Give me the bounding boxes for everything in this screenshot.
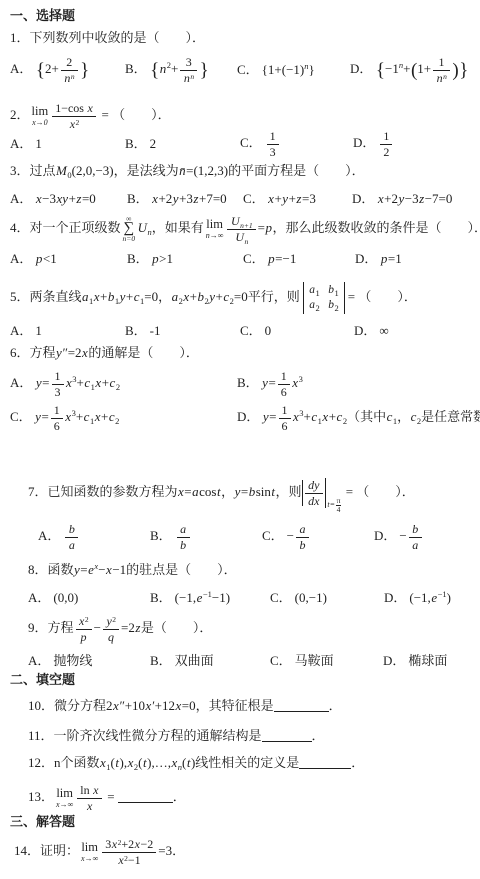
question-1-options-d: D．{−1n+(1+1nn)} (350, 56, 468, 84)
question-3-options-c: C．x+y+z=3 (243, 191, 352, 207)
option-label: D． (384, 590, 406, 605)
question-2-options-c: C．13 (240, 130, 353, 158)
fraction: 16 (51, 404, 63, 432)
question-8-options-a: A．(0,0) (28, 590, 150, 606)
question-6-options-row-2: C．y=16x3+c1x+c2D．y=16x3+c1x+c2（其中c1，c2是任… (10, 404, 480, 432)
option-label: D． (237, 409, 259, 424)
question-14: 14．证明：limx→∞3x2+2x−2x2−1=3． (14, 838, 185, 866)
fraction: ab (296, 523, 309, 551)
question-5-options-c: C．0 (240, 323, 354, 339)
option-label: A． (10, 251, 32, 266)
question-1-options-a: A．{2+2nn} (10, 56, 125, 84)
fraction: 1−cos xx2 (52, 102, 96, 130)
option-label: B． (125, 323, 147, 338)
fill-blank-line (299, 755, 351, 769)
fraction: ln xx (77, 784, 102, 812)
option-label: A． (10, 191, 32, 206)
question-4-options-c: C．p=−1 (243, 251, 355, 267)
fraction: 1nn (433, 56, 450, 84)
question-13: 13．limx→∞ln xx = ． (28, 784, 186, 812)
option-label: B． (150, 653, 172, 668)
question-8-options-c: C．(0,−1) (270, 590, 384, 606)
limit-operator: limx→0 (32, 105, 49, 127)
question-4-options-d: D．p=1 (355, 251, 402, 267)
option-label: C． (237, 62, 259, 77)
option-label: C． (270, 590, 292, 605)
option-label: D． (383, 653, 405, 668)
option-label: B． (150, 590, 172, 605)
question-3: 3．过点M0(2,0,−3)，是法线为n̄=(1,2,3)的平面方程是（ ）． (10, 163, 365, 179)
question-12: 12．n个函数x1(t),x2(t),…,xn(t)线性相关的定义是． (28, 755, 364, 771)
option-label: B． (150, 528, 172, 543)
question-9-options-a: A．抛物线 (28, 653, 150, 669)
option-label: C． (243, 191, 265, 206)
question-4: 4．对一个正项级数∞∑n=0Un，如果有limn→∞Un+1Un=p，那么此级数… (10, 215, 480, 243)
fraction: Un+1Un (227, 215, 255, 243)
question-5-options-a: A．1 (10, 323, 125, 339)
question-7-options-d: D．−ba (374, 523, 424, 551)
option-label: A． (10, 375, 32, 390)
question-1: 1．下列数列中收敛的是（ ）． (10, 30, 205, 46)
fraction: x2p (76, 615, 92, 643)
option-label: C． (262, 528, 284, 543)
question-5-options-b: B．-1 (125, 323, 240, 339)
summation-operator: ∞∑n=0 (123, 216, 136, 243)
fraction: 3x2+2x−2x2−1 (102, 838, 156, 866)
question-7-options-b: B．ab (150, 523, 262, 551)
question-4-options-b: B．p>1 (127, 251, 243, 267)
fill-blank-line (118, 789, 173, 803)
fraction: ba (409, 523, 422, 551)
question-6-options-row-1-b: B．y=16x3 (237, 370, 303, 398)
option-label: D． (353, 135, 375, 150)
question-5-options: A．1B．-1C．0D．∞ (10, 322, 389, 339)
option-label: B． (125, 136, 147, 151)
fraction: 16 (278, 370, 290, 398)
question-9: 9．方程x2p−y2q=2z是（ ）． (28, 615, 212, 643)
section-title-answer: 三、解答题 (10, 814, 75, 830)
option-label: C． (240, 323, 262, 338)
question-1-options-c: C．{1+(−1)n} (237, 62, 350, 78)
fraction: ba (65, 523, 78, 551)
fill-blank-line (262, 728, 312, 742)
fraction: π4 (336, 497, 342, 514)
option-label: C． (270, 653, 292, 668)
fraction: 16 (279, 404, 291, 432)
question-9-options-c: C．马鞍面 (270, 653, 383, 669)
question-2: 2．limx→01−cos xx2 = （ ）． (10, 102, 171, 130)
option-label: A． (10, 61, 32, 76)
limit-operator: limx→∞ (56, 787, 73, 809)
option-label: A． (10, 323, 32, 338)
question-4-options-a: A．p<1 (10, 251, 127, 267)
determinant: a1b1a2b2 (303, 282, 345, 314)
fraction: dydx (305, 479, 323, 507)
exam-page: 一、选择题1．下列数列中收敛的是（ ）．A．{2+2nn}B．{n2+3nn}C… (0, 0, 480, 879)
fraction: 2nn (61, 56, 78, 84)
question-6-options-row-1-a: A．y=13x3+c1x+c2 (10, 370, 237, 398)
question-2-options: A．1B．2C．13D．12 (10, 130, 394, 158)
question-10: 10．微分方程2x″+10x′+12x=0，其特征根是． (28, 698, 342, 714)
section-title-choice: 一、选择题 (10, 8, 75, 24)
question-1-options: A．{2+2nn}B．{n2+3nn}C．{1+(−1)n}D．{−1n+(1+… (10, 56, 468, 84)
option-label: C． (10, 409, 32, 424)
option-label: B． (127, 191, 149, 206)
question-1-options-b: B．{n2+3nn} (125, 56, 237, 84)
option-label: C． (240, 135, 262, 150)
evaluation-bar: t=π4 (325, 478, 343, 508)
option-label: B． (237, 375, 259, 390)
option-label: A． (28, 653, 50, 668)
question-7-options-a: A．ba (38, 523, 150, 551)
question-4-options: A．p<1B．p>1C．p=−1D．p=1 (10, 250, 402, 267)
fraction: 13 (267, 130, 279, 158)
question-3-options-b: B．x+2y+3z+7=0 (127, 191, 243, 207)
limit-operator: limx→∞ (81, 841, 98, 863)
option-label: A． (10, 136, 32, 151)
question-2-options-b: B．2 (125, 136, 240, 152)
question-7: 7．已知函数的参数方程为x=acost，y=bsint，则dydxt=π4 = … (28, 478, 415, 508)
question-3-options-a: A．x−3xy+z=0 (10, 191, 127, 207)
question-9-options: A．抛物线B．双曲面C．马鞍面D．椭球面 (28, 652, 447, 669)
question-8-options-d: D．(−1,e−1) (384, 590, 451, 606)
question-6-options-row-1: A．y=13x3+c1x+c2B．y=16x3 (10, 370, 303, 398)
fill-blank-line (274, 698, 329, 712)
section-title-blank: 二、填空题 (10, 672, 75, 688)
fraction: y2q (103, 615, 119, 643)
option-label: B． (127, 251, 149, 266)
option-label: A． (28, 590, 50, 605)
question-3-options: A．x−3xy+z=0B．x+2y+3z+7=0C．x+y+z=3D．x+2y−… (10, 190, 452, 207)
option-label: D． (354, 323, 376, 338)
option-label: D． (352, 191, 374, 206)
option-label: B． (125, 61, 147, 76)
question-8-options: A．(0,0)B．(−1,e−1−1)C．(0,−1)D．(−1,e−1) (28, 589, 451, 606)
question-2-options-d: D．12 (353, 130, 394, 158)
option-label: D． (355, 251, 377, 266)
question-6-options-row-2-d: D．y=16x3+c1x+c2（其中c1，c2是任意常数） (237, 404, 480, 432)
question-3-options-d: D．x+2y−3z−7=0 (352, 191, 452, 207)
fraction: ab (177, 523, 190, 551)
option-label: D． (350, 61, 372, 76)
fraction: 3nn (180, 56, 197, 84)
fraction: 12 (380, 130, 392, 158)
limit-operator: limn→∞ (206, 218, 224, 240)
fraction: 13 (52, 370, 64, 398)
question-7-options: A．baB．abC．−abD．−ba (38, 523, 424, 551)
option-label: C． (243, 251, 265, 266)
option-label: D． (374, 528, 396, 543)
question-6-options-row-2-c: C．y=16x3+c1x+c2 (10, 404, 237, 432)
question-5: 5．两条直线a1x+b1y+c1=0，a2x+b2y+c2=0平行，则a1b1a… (10, 282, 417, 314)
question-8-options-b: B．(−1,e−1−1) (150, 590, 270, 606)
question-6: 6．方程y″=2x的通解是（ ）． (10, 345, 199, 361)
question-7-options-c: C．−ab (262, 523, 374, 551)
question-8: 8．函数y=ex−x−1的驻点是（ ）． (28, 562, 237, 578)
question-2-options-a: A．1 (10, 136, 125, 152)
question-5-options-d: D．∞ (354, 323, 389, 339)
question-9-options-b: B．双曲面 (150, 653, 270, 669)
question-9-options-d: D．椭球面 (383, 653, 447, 669)
question-11: 11．一阶齐次线性微分方程的通解结构是． (28, 728, 325, 744)
option-label: A． (38, 528, 60, 543)
